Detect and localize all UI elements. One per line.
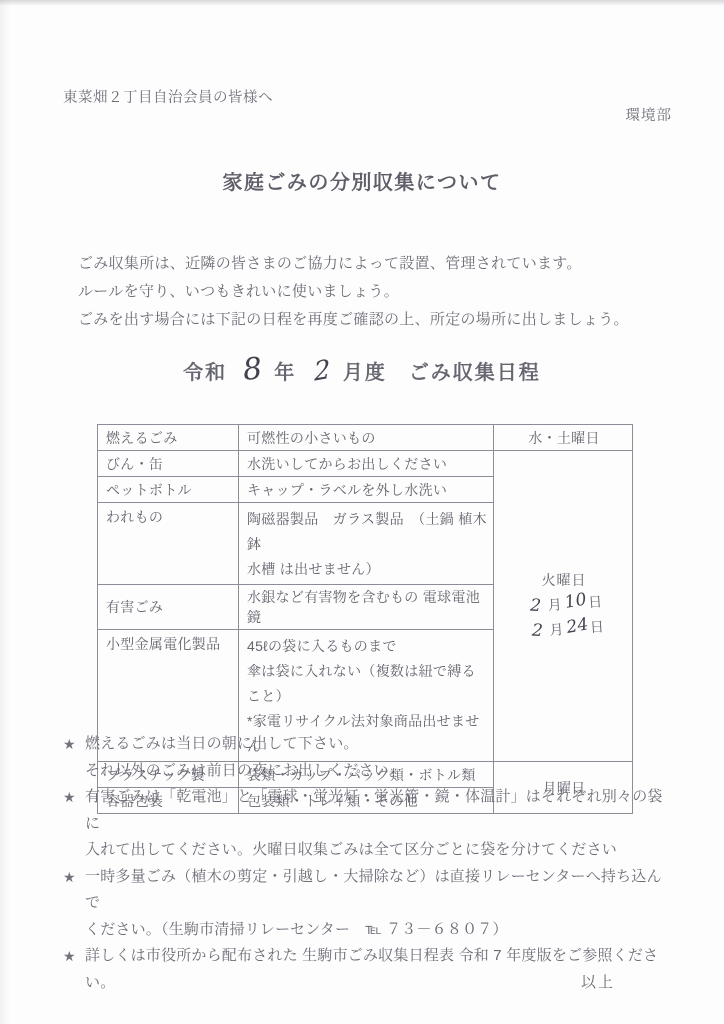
category-cell: 燃えるごみ [98, 425, 239, 451]
table-row: 燃えるごみ 可燃性の小さいもの 水・土曜日 [98, 425, 633, 451]
closing-label: 以上 [581, 970, 615, 997]
month-unit: 月 [547, 596, 562, 613]
note-line: 一時多量ごみ（植木の剪定・引越し・大掃除など）は直接リレーセンターへ持ち込んで [85, 864, 663, 917]
handwritten-day-number: 24 [564, 612, 590, 640]
handwritten-month: 2 [314, 354, 333, 387]
day-unit: 日 [589, 618, 604, 635]
note-text: 有害ごみは「乾電池」と「電球・蛍光灯・蛍光管・鏡・体温計」はそれぞれ別々の袋に … [85, 784, 663, 864]
intro-line-3: ごみを出す場合には下記の日程を再度ご確認の上、所定の場所に出しましょう。 [78, 306, 658, 334]
description-cell: キャップ・ラベルを外し水洗い [239, 477, 494, 503]
category-cell: びん・缶 [98, 451, 239, 477]
description-cell: 水洗いしてからお出しください [239, 451, 494, 477]
year-unit: 年 [274, 362, 296, 384]
description-line: 45ℓの袋に入るものまで [247, 634, 487, 659]
handwritten-month-number: 2 [531, 619, 544, 645]
month-unit: 月度 [343, 362, 387, 384]
description-line: 傘は袋に入れない（複数は紐で縛ること） [247, 659, 487, 709]
schedule-heading-text: ごみ収集日程 [409, 362, 541, 384]
note-line: 有害ごみは「乾電池」と「電球・蛍光灯・蛍光管・鏡・体温計」はそれぞれ別々の袋に [85, 784, 663, 837]
description-cell: 水銀など有害物を含むもの 電球電池 鏡 [239, 585, 494, 630]
note-line: 燃えるごみは当日の朝に出して下さい。 [85, 731, 663, 758]
note-item: ★ 一時多量ごみ（植木の剪定・引越し・大掃除など）は直接リレーセンターへ持ち込ん… [63, 864, 663, 944]
note-text: 一時多量ごみ（植木の剪定・引越し・大掃除など）は直接リレーセンターへ持ち込んで … [85, 864, 663, 944]
era-label: 令和 [183, 362, 227, 384]
document-title: 家庭ごみの分別収集について [0, 166, 724, 195]
tuesday-label: 火曜日 [502, 570, 626, 590]
collection-day-cell: 水・土曜日 [494, 425, 633, 451]
note-line: 入れて出してください。火曜日収集ごみは全て区分ごとに袋を分けてください [85, 837, 663, 864]
note-item: ★ 詳しくは市役所から配布された 生駒市ごみ収集日程表 令和 7 年度版をご参照… [63, 943, 663, 996]
month-unit: 月 [549, 621, 564, 638]
category-cell: 有害ごみ [98, 585, 239, 630]
note-line: 詳しくは市役所から配布された 生駒市ごみ収集日程表 令和 7 年度版をご参照くだ… [85, 943, 663, 970]
scanned-notice-page: 東菜畑２丁目自治会員の皆様へ 環境部 家庭ごみの分別収集について ごみ収集所は、… [0, 0, 724, 1024]
handwritten-dates: 2月10日 2月24日 [500, 588, 627, 647]
notes-list: ★ 燃えるごみは当日の朝に出して下さい。 それ以外のごみは前日の夜にお出しくださ… [63, 731, 663, 996]
star-bullet-icon: ★ [63, 731, 85, 758]
description-cell: 可燃性の小さいもの [239, 425, 494, 451]
note-text: 燃えるごみは当日の朝に出して下さい。 それ以外のごみは前日の夜にお出しください。 [85, 731, 663, 784]
intro-line-1: ごみ収集所は、近隣の皆さまのご協力によって設置、管理されています。 [78, 250, 658, 278]
collection-day-cell: 火曜日 2月10日 2月24日 [494, 451, 633, 762]
day-unit: 日 [588, 593, 603, 610]
note-line-continuation: い。 [85, 970, 115, 997]
description-cell: 陶磁器製品 ガラス製品 （土鍋 植木鉢 水槽 は出せません） [239, 503, 494, 585]
star-bullet-icon: ★ [63, 943, 85, 970]
department-label: 環境部 [626, 104, 673, 125]
description-line: 水槽 は出せません） [247, 557, 487, 582]
handwritten-year: 8 [241, 351, 266, 388]
note-line: い。 以上 [85, 970, 663, 997]
table-row: びん・缶 水洗いしてからお出しください 火曜日 2月10日 2月24日 [98, 451, 633, 477]
schedule-heading: 令和8年2月度ごみ収集日程 [0, 352, 724, 387]
star-bullet-icon: ★ [63, 784, 85, 811]
note-item: ★ 有害ごみは「乾電池」と「電球・蛍光灯・蛍光管・鏡・体温計」はそれぞれ別々の袋… [63, 784, 663, 864]
recipient-line: 東菜畑２丁目自治会員の皆様へ [63, 86, 273, 107]
intro-line-2: ルールを守り、いつもきれいに使いましょう。 [78, 278, 658, 306]
note-item: ★ 燃えるごみは当日の朝に出して下さい。 それ以外のごみは前日の夜にお出しくださ… [63, 731, 663, 784]
category-cell: ペットボトル [98, 477, 239, 503]
intro-paragraph: ごみ収集所は、近隣の皆さまのご協力によって設置、管理されています。 ルールを守り… [78, 250, 658, 334]
description-line: 陶磁器製品 ガラス製品 （土鍋 植木鉢 [247, 507, 487, 557]
star-bullet-icon: ★ [63, 864, 85, 891]
note-text: 詳しくは市役所から配布された 生駒市ごみ収集日程表 令和 7 年度版をご参照くだ… [85, 943, 663, 996]
note-line: ください。（生駒市清掃リレーセンター ℡ ７３－６８０７） [85, 917, 663, 944]
category-cell: われもの [98, 503, 239, 585]
note-line: それ以外のごみは前日の夜にお出しください。 [85, 758, 663, 785]
handwritten-month-number: 2 [529, 594, 542, 620]
